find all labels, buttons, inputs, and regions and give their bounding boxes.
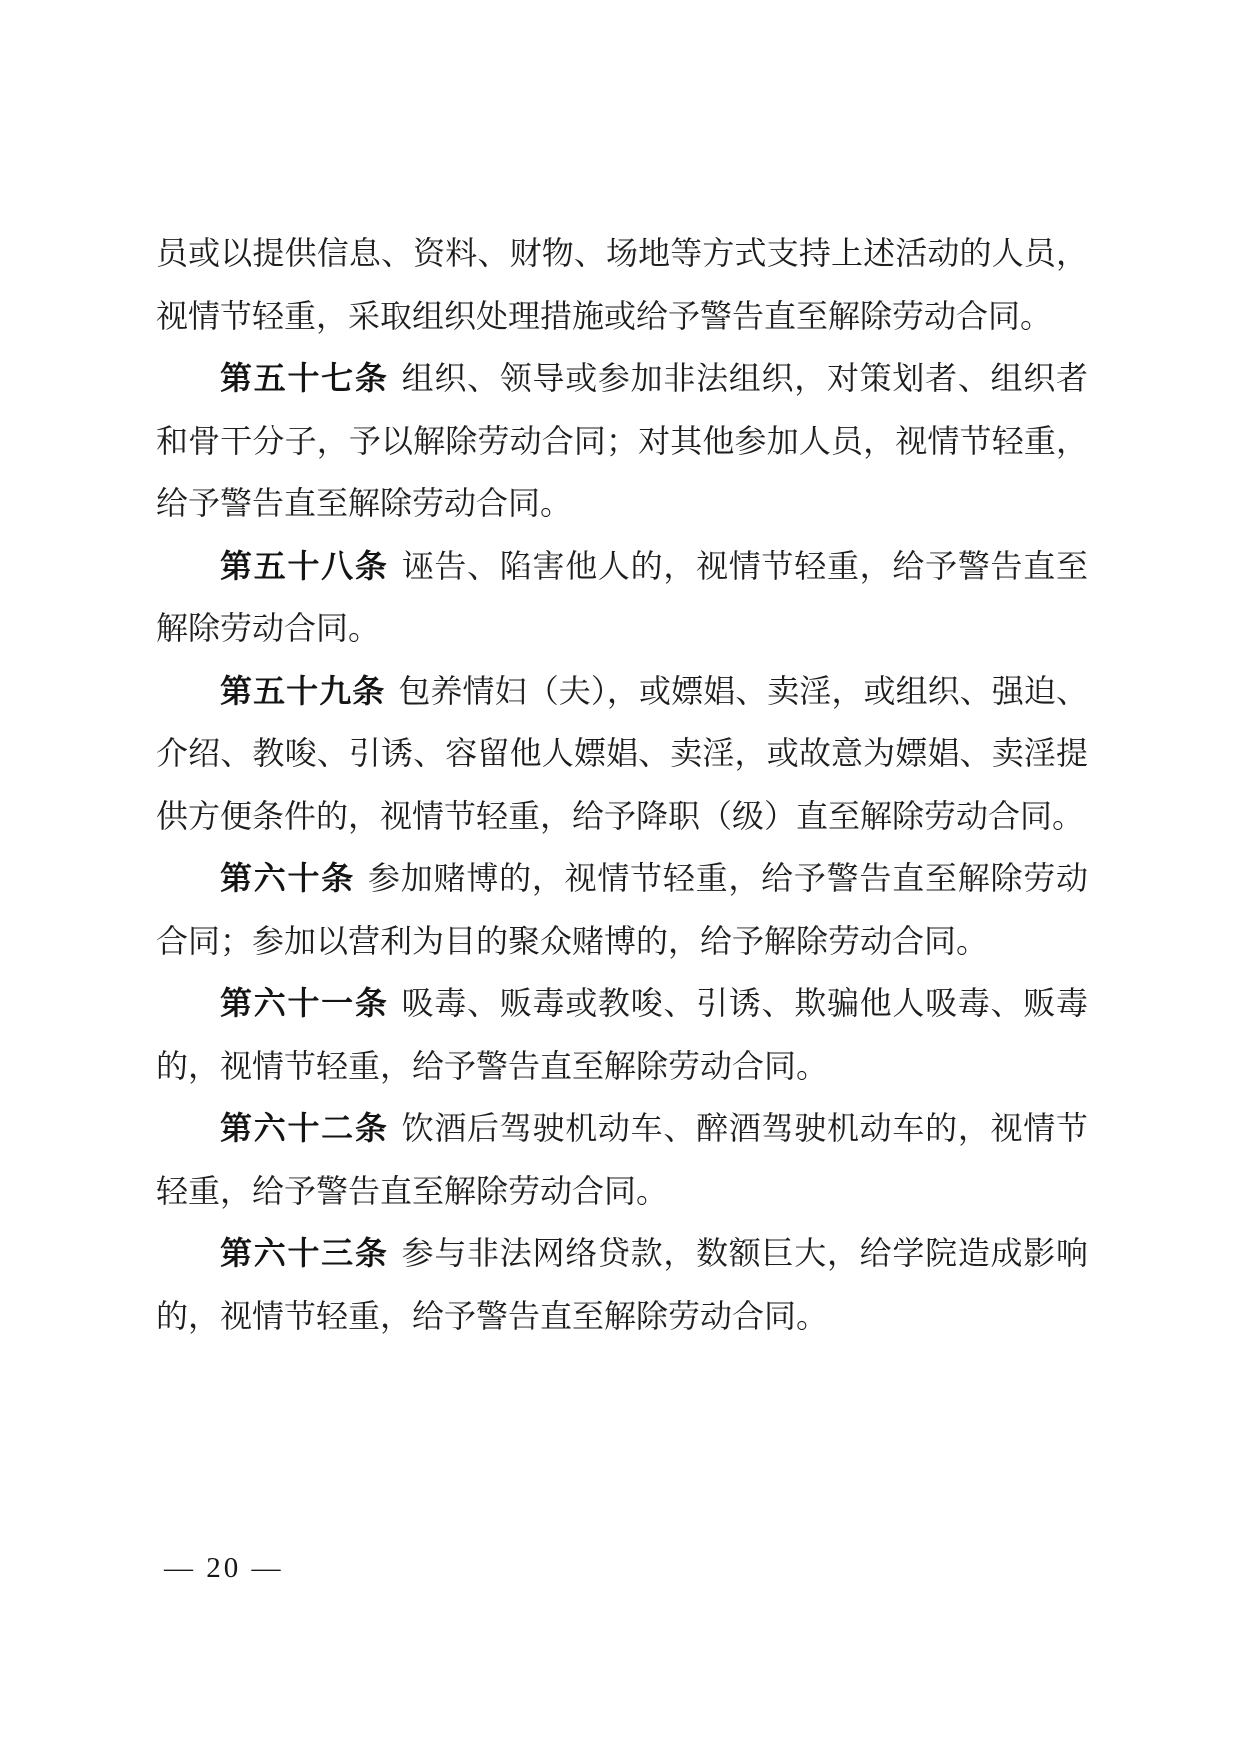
paragraph-continuation-text: 员或以提供信息、资料、财物、场地等方式支持上述活动的人员，视情节轻重，采取组织处… — [156, 235, 1088, 334]
paragraph-article-63: 第六十三条参与非法网络贷款，数额巨大，给学院造成影响的，视情节轻重，给予警告直至… — [156, 1222, 1088, 1347]
paragraph-article-60: 第六十条参加赌博的，视情节轻重，给予警告直至解除劳动合同；参加以营利为目的聚众赌… — [156, 847, 1088, 972]
article-58-number: 第五十八条 — [220, 548, 389, 584]
document-page: 员或以提供信息、资料、财物、场地等方式支持上述活动的人员，视情节轻重，采取组织处… — [0, 0, 1240, 1754]
paragraph-article-62: 第六十二条饮酒后驾驶机动车、醉酒驾驶机动车的，视情节轻重，给予警告直至解除劳动合… — [156, 1097, 1088, 1222]
paragraph-article-59: 第五十九条包养情妇（夫），或嫖娼、卖淫，或组织、强迫、介绍、教唆、引诱、容留他人… — [156, 660, 1088, 848]
article-63-number: 第六十三条 — [220, 1235, 389, 1271]
paragraph-article-61: 第六十一条吸毒、贩毒或教唆、引诱、欺骗他人吸毒、贩毒的，视情节轻重，给予警告直至… — [156, 972, 1088, 1097]
paragraph-article-58: 第五十八条诬告、陷害他人的，视情节轻重，给予警告直至解除劳动合同。 — [156, 535, 1088, 660]
article-59-number: 第五十九条 — [220, 673, 385, 709]
document-body: 员或以提供信息、资料、财物、场地等方式支持上述活动的人员，视情节轻重，采取组织处… — [156, 222, 1088, 1347]
page-number: — 20 — — [164, 1552, 284, 1585]
paragraph-continuation: 员或以提供信息、资料、财物、场地等方式支持上述活动的人员，视情节轻重，采取组织处… — [156, 222, 1088, 347]
article-57-number: 第五十七条 — [220, 360, 389, 396]
paragraph-article-57: 第五十七条组织、领导或参加非法组织，对策划者、组织者和骨干分子，予以解除劳动合同… — [156, 347, 1088, 535]
article-60-number: 第六十条 — [220, 860, 355, 896]
article-61-number: 第六十一条 — [220, 985, 389, 1021]
article-62-number: 第六十二条 — [220, 1110, 389, 1146]
